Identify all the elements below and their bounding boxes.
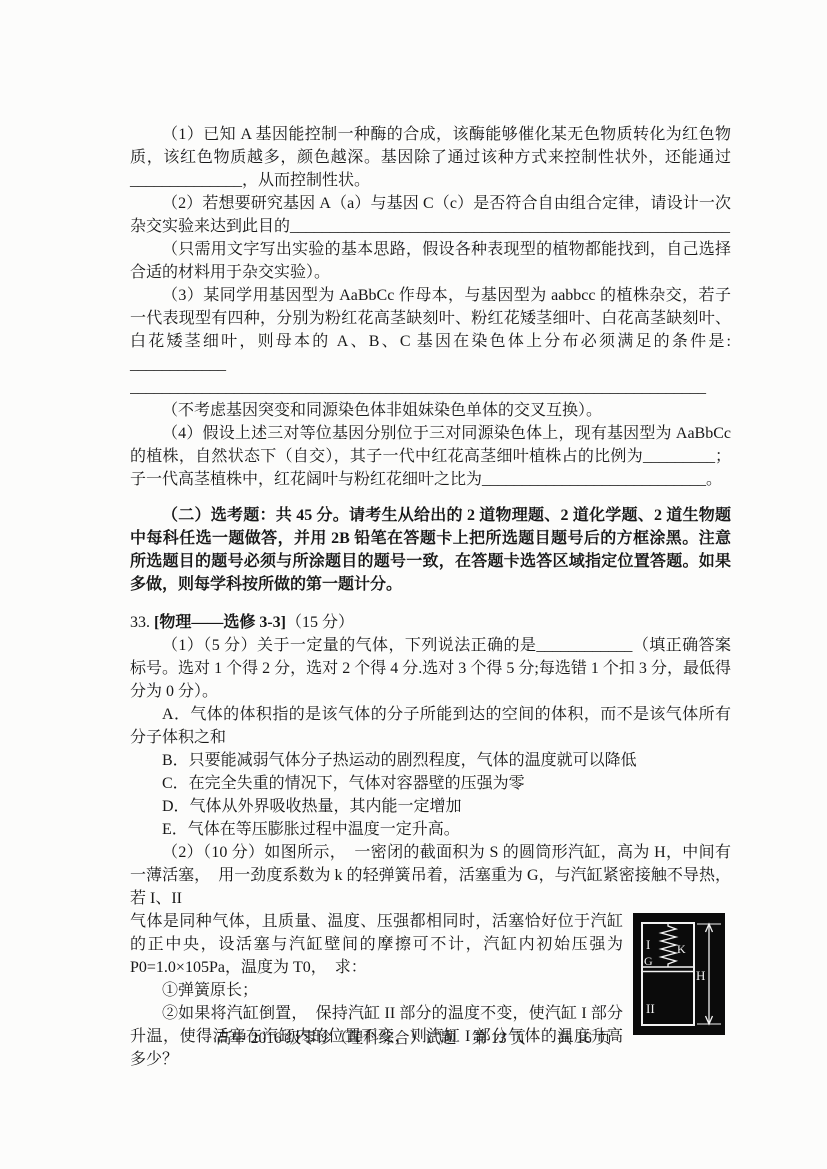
physics-q1-option-a: A．气体的体积指的是该气体的分子所能到达的空间的体积，而不是该气体所有分子体积之… bbox=[130, 703, 731, 749]
q33-title: [物理——选修 3-3] bbox=[154, 614, 286, 631]
q33-score: （15 分） bbox=[286, 614, 354, 631]
page-footer-text: 高中 2016 级零诊（理科综合）试题 第 13 页 共 16 页 bbox=[216, 1030, 611, 1047]
chamber-ii-label: II bbox=[646, 1001, 655, 1016]
bio-q3-paragraph: （3）某同学用基因型为 AaBbCc 作母本，与基因型为 aabbcc 的植株杂… bbox=[130, 284, 731, 376]
q33-number: 33. bbox=[130, 614, 150, 631]
physics-q2-intro: （2）（10 分）如图所示， 一密闭的截面积为 S 的圆筒形汽缸，高为 H，中间… bbox=[130, 841, 731, 910]
physics-q1-option-c: C．在完全失重的情况下，气体对容器壁的压强为零 bbox=[130, 772, 731, 795]
bio-q4-paragraph: （4）假设上述三对等位基因分别位于三对同源染色体上，现有基因型为 AaBbCc … bbox=[130, 422, 731, 491]
height-h-label: H bbox=[696, 968, 705, 983]
scanned-exam-page: （1）已知 A 基因能控制一种酶的合成，该酶能够催化某无色物质转化为红色物质，该… bbox=[0, 0, 827, 1169]
spring-k-label: K bbox=[677, 942, 686, 956]
section-two-notice: （二）选考题：共 45 分。请考生从给出的 2 道物理题、2 道化学题、2 道生… bbox=[130, 504, 731, 596]
bio-q3-answer-blank-line: ________________________________________… bbox=[130, 376, 731, 399]
piston-g-label: G bbox=[644, 954, 653, 968]
figure-background bbox=[633, 913, 725, 1035]
bio-q2-paragraph: （2）若想要研究基因 A（a）与基因 C（c）是否符合自由组合定律，请设计一次杂… bbox=[130, 192, 731, 238]
page-footer: 高中 2016 级零诊（理科综合）试题 第 13 页 共 16 页 bbox=[0, 1026, 827, 1048]
bio-q3-note: （不考虑基因突变和同源染色体非姐妹染色单体的交叉互换）。 bbox=[130, 399, 731, 422]
exam-content: （1）已知 A 基因能控制一种酶的合成，该酶能够催化某无色物质转化为红色物质，该… bbox=[130, 123, 731, 1071]
physics-q1-option-e: E．气体在等压膨胀过程中温度一定升高。 bbox=[130, 818, 731, 841]
cylinder-figure: I K G II H bbox=[633, 913, 725, 1035]
physics-q1-option-b: B．只要能减弱气体分子热运动的剧烈程度，气体的温度就可以降低 bbox=[130, 749, 731, 772]
chamber-i-label: I bbox=[646, 937, 650, 952]
cylinder-figure-svg: I K G II H bbox=[633, 913, 725, 1035]
physics-q1-option-d: D．气体从外界吸收热量，其内能一定增加 bbox=[130, 795, 731, 818]
physics-q1-paragraph: （1）（5 分）关于一定量的气体，下列说法正确的是____________（填正… bbox=[130, 634, 731, 703]
bio-q2-note: （只需用文字写出实验的基本思路，假设各种表现型的植物都能找到，自己选择合适的材料… bbox=[130, 238, 731, 284]
physics-q33-heading: 33. [物理——选修 3-3]（15 分） bbox=[130, 611, 731, 634]
bio-q1-paragraph: （1）已知 A 基因能控制一种酶的合成，该酶能够催化某无色物质转化为红色物质，该… bbox=[130, 123, 731, 192]
